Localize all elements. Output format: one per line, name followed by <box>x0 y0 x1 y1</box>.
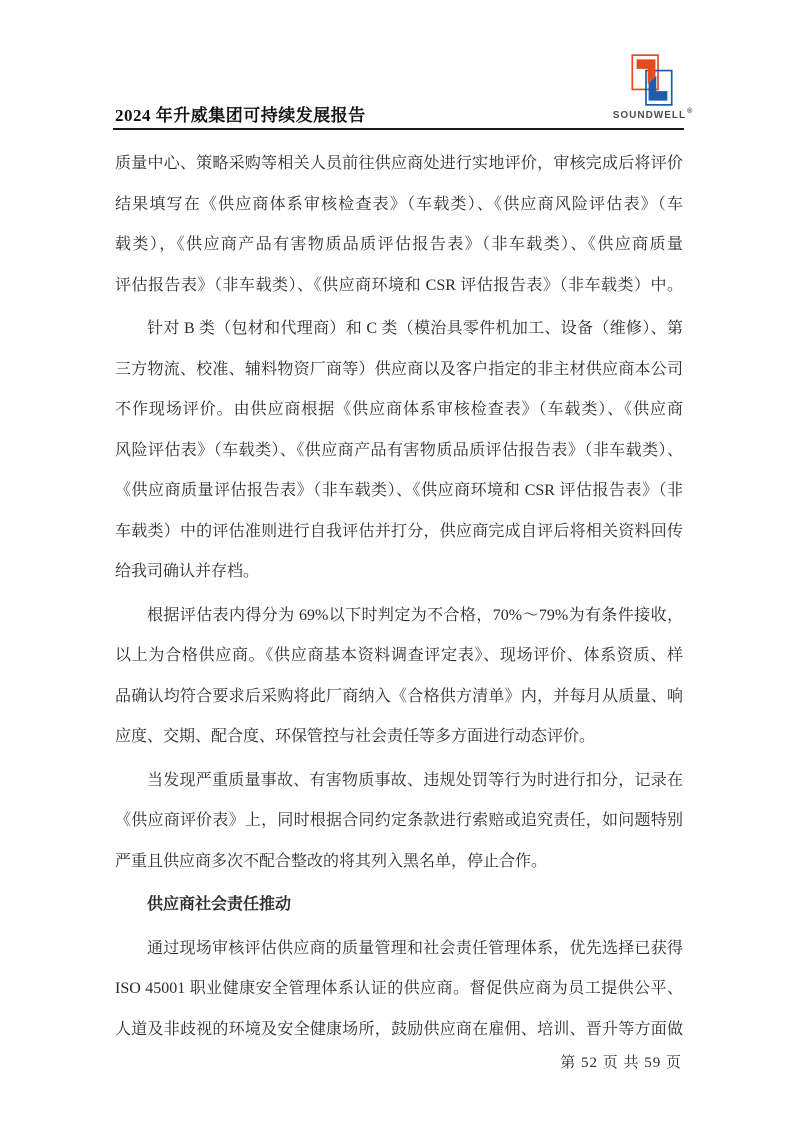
document-body: 质量中心、策略采购等相关人员前往供应商处进行实地评价，审核完成后将评价结果填写在… <box>115 144 683 1053</box>
text-line: 评估报告表》（非车载类）、《供应商环境和 CSR 评估报告表》（非车载类）中。 <box>115 266 683 307</box>
text-line: 给我司确认并存档。 <box>115 552 683 593</box>
soundwell-logo: SOUNDWELL® <box>608 52 696 121</box>
text-line: 《供应商质量评估报告表》（非车载类）、《供应商环境和 CSR 评估报告表》（非 <box>115 471 683 512</box>
paragraph: 当发现严重质量事故、有害物质事故、违规处罚等行为时进行扣分，记录在《供应商评价表… <box>115 761 683 883</box>
soundwell-logo-icon <box>628 52 676 108</box>
text-line: 严重且供应商多次不配合整改的将其列入黑名单，停止合作。 <box>115 842 683 883</box>
text-line: ISO 45001 职业健康安全管理体系认证的供应商。督促供应商为员工提供公平、 <box>115 969 683 1010</box>
text-line: 根据评估表内得分为 69%以下时判定为不合格，70%～79%为有条件接收，80% <box>115 596 683 637</box>
text-line: 针对 B 类（包材和代理商）和 C 类（模治具零件机加工、设备（维修）、第 <box>115 309 683 350</box>
text-line: 通过现场审核评估供应商的质量管理和社会责任管理体系，优先选择已获得 <box>115 929 683 970</box>
text-line: 质量中心、策略采购等相关人员前往供应商处进行实地评价，审核完成后将评价 <box>115 144 683 185</box>
header-rule <box>113 128 684 130</box>
brand-name: SOUNDWELL <box>613 110 686 121</box>
text-line: 以上为合格供应商。《供应商基本资料调查评定表》、现场评价、体系资质、样 <box>115 636 683 677</box>
section-heading: 供应商社会责任推动 <box>115 885 683 926</box>
page-footer: 第 52 页 共 59 页 <box>560 1051 682 1072</box>
text-line: 品确认均符合要求后采购将此厂商纳入《合格供方清单》内，并每月从质量、响 <box>115 677 683 718</box>
page-indicator: 第 52 页 共 59 页 <box>560 1055 682 1071</box>
text-line: 当发现严重质量事故、有害物质事故、违规处罚等行为时进行扣分，记录在 <box>115 761 683 802</box>
text-line: 车载类）中的评估准则进行自我评估并打分，供应商完成自评后将相关资料回传 <box>115 512 683 553</box>
paragraph: 针对 B 类（包材和代理商）和 C 类（模治具零件机加工、设备（维修）、第三方物… <box>115 309 683 593</box>
text-line: 《供应商评价表》上，同时根据合同约定条款进行索赔或追究责任，如问题特别 <box>115 801 683 842</box>
text-line: 应度、交期、配合度、环保管控与社会责任等多方面进行动态评价。 <box>115 717 683 758</box>
paragraph: 通过现场审核评估供应商的质量管理和社会责任管理体系，优先选择已获得ISO 450… <box>115 929 683 1051</box>
text-line: 载类），《供应商产品有害物质品质评估报告表》（非车载类）、《供应商质量 <box>115 225 683 266</box>
paragraph: 根据评估表内得分为 69%以下时判定为不合格，70%～79%为有条件接收，80%… <box>115 596 683 758</box>
text-line: 三方物流、校准、辅料物资厂商等）供应商以及客户指定的非主材供应商本公司 <box>115 350 683 391</box>
document-page: 2024 年升威集团可持续发展报告 SOUNDWELL® 质量中心、策略采购等相… <box>0 0 794 1123</box>
text-line: 结果填写在《供应商体系审核检查表》（车载类）、《供应商风险评估表》（车 <box>115 185 683 226</box>
report-title: 2024 年升威集团可持续发展报告 <box>115 101 366 126</box>
paragraph: 质量中心、策略采购等相关人员前往供应商处进行实地评价，审核完成后将评价结果填写在… <box>115 144 683 306</box>
registered-trademark-symbol: ® <box>687 108 692 115</box>
text-line: 人道及非歧视的环境及安全健康场所，鼓励供应商在雇佣、培训、晋升等方面做 <box>115 1010 683 1051</box>
text-line: 不作现场评价。由供应商根据《供应商体系审核检查表》（车载类）、《供应商 <box>115 390 683 431</box>
text-line: 风险评估表》（车载类）、《供应商产品有害物质品质评估报告表》（非车载类）、 <box>115 431 683 472</box>
